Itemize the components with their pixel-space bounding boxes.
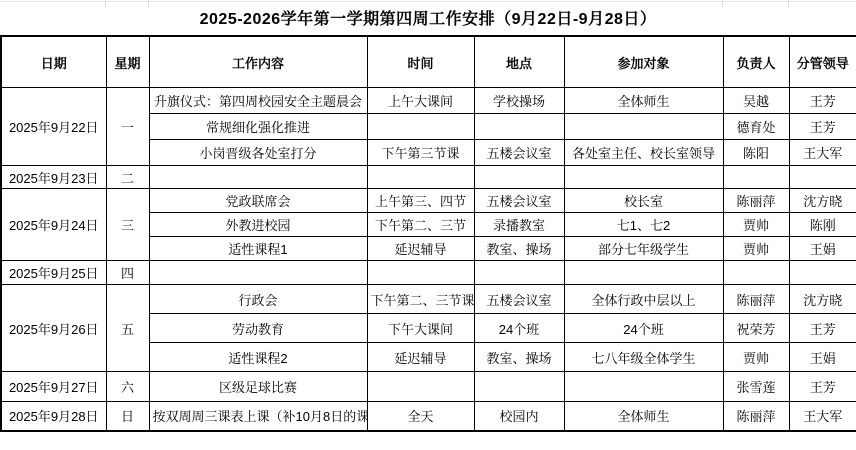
- cell-participants: 全体师生: [564, 88, 723, 114]
- cell-weekday: 日: [106, 402, 149, 431]
- cell-owner: 陈阳: [723, 140, 789, 166]
- cell-leader: 王芳: [789, 88, 856, 114]
- cell-owner: [723, 261, 789, 285]
- cell-participants: 校长室: [564, 189, 723, 213]
- cell-time: [367, 166, 474, 189]
- schedule-table: 日期星期工作内容时间地点参加对象负责人分管领导 2025年9月22日一升旗仪式：…: [0, 35, 856, 432]
- gridline-stub: [722, 0, 723, 7]
- table-row: 2025年9月26日五行政会下午第二、三节课五楼会议室全体行政中层以上陈丽萍沈方…: [1, 285, 856, 314]
- cell-date: 2025年9月26日: [1, 285, 106, 372]
- cell-content: 区级足球比赛: [149, 372, 367, 402]
- cell-place: 五楼会议室: [474, 140, 564, 166]
- cell-participants: 部分七年级学生: [564, 237, 723, 261]
- cell-owner: 吴越: [723, 88, 789, 114]
- cell-place: 教室、操场: [474, 237, 564, 261]
- cell-participants: 七八年级全体学生: [564, 343, 723, 372]
- cell-owner: 德育处: [723, 114, 789, 140]
- cell-participants: 各处室主任、校长室领导: [564, 140, 723, 166]
- cell-place: 校园内: [474, 402, 564, 431]
- cell-weekday: 四: [106, 261, 149, 285]
- cell-time: 下午大课间: [367, 314, 474, 343]
- cell-participants: 24个班: [564, 314, 723, 343]
- cell-owner: 贾帅: [723, 343, 789, 372]
- cell-date: 2025年9月22日: [1, 88, 106, 166]
- cell-place: [474, 261, 564, 285]
- cell-time: 延迟辅导: [367, 343, 474, 372]
- cell-time: 延迟辅导: [367, 237, 474, 261]
- cell-leader: [789, 261, 856, 285]
- table-row: 2025年9月22日一升旗仪式：第四周校园安全主题晨会上午大课间学校操场全体师生…: [1, 88, 856, 114]
- cell-time: 上午第三、四节: [367, 189, 474, 213]
- cell-owner: 贾帅: [723, 237, 789, 261]
- cell-content: [149, 261, 367, 285]
- cell-time: 下午第二、三节课: [367, 285, 474, 314]
- cell-date: 2025年9月25日: [1, 261, 106, 285]
- cell-content: 劳动教育: [149, 314, 367, 343]
- cell-time: [367, 114, 474, 140]
- column-header-weekday: 星期: [106, 36, 149, 88]
- cell-content: 适性课程1: [149, 237, 367, 261]
- cell-content: 行政会: [149, 285, 367, 314]
- cell-owner: 陈丽萍: [723, 189, 789, 213]
- cell-time: [367, 261, 474, 285]
- table-row: 2025年9月28日日按双周周三课表上课（补10月8日的课）全天校园内全体师生陈…: [1, 402, 856, 431]
- header-row: 日期星期工作内容时间地点参加对象负责人分管领导: [1, 36, 856, 88]
- cell-participants: 全体师生: [564, 402, 723, 431]
- column-header-leader: 分管领导: [789, 36, 856, 88]
- cell-time: 下午第三节课: [367, 140, 474, 166]
- cell-content: [149, 166, 367, 189]
- cell-leader: 王芳: [789, 314, 856, 343]
- cell-place: [474, 372, 564, 402]
- cell-leader: 陈刚: [789, 213, 856, 237]
- gridline-stub: [148, 0, 149, 7]
- table-row: 2025年9月24日三党政联席会上午第三、四节五楼会议室校长室陈丽萍沈方晓: [1, 189, 856, 213]
- cell-content: 升旗仪式：第四周校园安全主题晨会: [149, 88, 367, 114]
- column-header-content: 工作内容: [149, 36, 367, 88]
- column-header-time: 时间: [367, 36, 474, 88]
- cell-weekday: 五: [106, 285, 149, 372]
- cell-place: 五楼会议室: [474, 189, 564, 213]
- cell-content: 党政联席会: [149, 189, 367, 213]
- cell-content: 适性课程2: [149, 343, 367, 372]
- cell-weekday: 六: [106, 372, 149, 402]
- cell-time: 全天: [367, 402, 474, 431]
- table-row: 2025年9月25日四: [1, 261, 856, 285]
- cell-leader: [789, 166, 856, 189]
- cell-weekday: 三: [106, 189, 149, 261]
- cell-place: 教室、操场: [474, 343, 564, 372]
- page-title: 2025-2026学年第一学期第四周工作安排（9月22日-9月28日）: [0, 0, 856, 35]
- cell-time: 下午第二、三节: [367, 213, 474, 237]
- cell-leader: 王大军: [789, 402, 856, 431]
- table-header: 日期星期工作内容时间地点参加对象负责人分管领导: [1, 36, 856, 88]
- cell-participants: 全体行政中层以上: [564, 285, 723, 314]
- cell-place: 录播教室: [474, 213, 564, 237]
- cell-place: 学校操场: [474, 88, 564, 114]
- cell-content: 外教进校园: [149, 213, 367, 237]
- column-header-owner: 负责人: [723, 36, 789, 88]
- cell-owner: 祝荣芳: [723, 314, 789, 343]
- table-row: 2025年9月23日二: [1, 166, 856, 189]
- cell-leader: 王娟: [789, 237, 856, 261]
- cell-weekday: 二: [106, 166, 149, 189]
- cell-leader: 沈方晓: [789, 189, 856, 213]
- cell-time: [367, 372, 474, 402]
- cell-participants: [564, 372, 723, 402]
- table-row: 2025年9月27日六区级足球比赛张雪莲王芳: [1, 372, 856, 402]
- cell-owner: 张雪莲: [723, 372, 789, 402]
- cell-date: 2025年9月24日: [1, 189, 106, 261]
- cell-date: 2025年9月23日: [1, 166, 106, 189]
- cell-weekday: 一: [106, 88, 149, 166]
- cell-leader: 王娟: [789, 343, 856, 372]
- spreadsheet-page: 2025-2026学年第一学期第四周工作安排（9月22日-9月28日） 日期星期…: [0, 0, 856, 450]
- table-body: 2025年9月22日一升旗仪式：第四周校园安全主题晨会上午大课间学校操场全体师生…: [1, 88, 856, 431]
- cell-leader: 王芳: [789, 372, 856, 402]
- cell-content: 常规细化强化推进: [149, 114, 367, 140]
- cell-participants: [564, 261, 723, 285]
- cell-time: 上午大课间: [367, 88, 474, 114]
- column-header-place: 地点: [474, 36, 564, 88]
- cell-leader: 王大军: [789, 140, 856, 166]
- cell-place: 五楼会议室: [474, 285, 564, 314]
- cell-leader: 王芳: [789, 114, 856, 140]
- cell-date: 2025年9月28日: [1, 402, 106, 431]
- gridline-top: [0, 1, 856, 2]
- cell-participants: [564, 114, 723, 140]
- cell-place: [474, 166, 564, 189]
- cell-participants: 七1、七2: [564, 213, 723, 237]
- cell-owner: 贾帅: [723, 213, 789, 237]
- cell-date: 2025年9月27日: [1, 372, 106, 402]
- cell-content: 按双周周三课表上课（补10月8日的课）: [149, 402, 367, 431]
- column-header-date: 日期: [1, 36, 106, 88]
- cell-place: [474, 114, 564, 140]
- cell-participants: [564, 166, 723, 189]
- gridline-stub: [105, 0, 106, 7]
- cell-owner: 陈丽萍: [723, 285, 789, 314]
- cell-owner: 陈丽萍: [723, 402, 789, 431]
- cell-place: 24个班: [474, 314, 564, 343]
- cell-leader: 沈方晓: [789, 285, 856, 314]
- cell-content: 小岗晋级各处室打分: [149, 140, 367, 166]
- gridline-stub: [788, 0, 789, 7]
- cell-owner: [723, 166, 789, 189]
- column-header-participants: 参加对象: [564, 36, 723, 88]
